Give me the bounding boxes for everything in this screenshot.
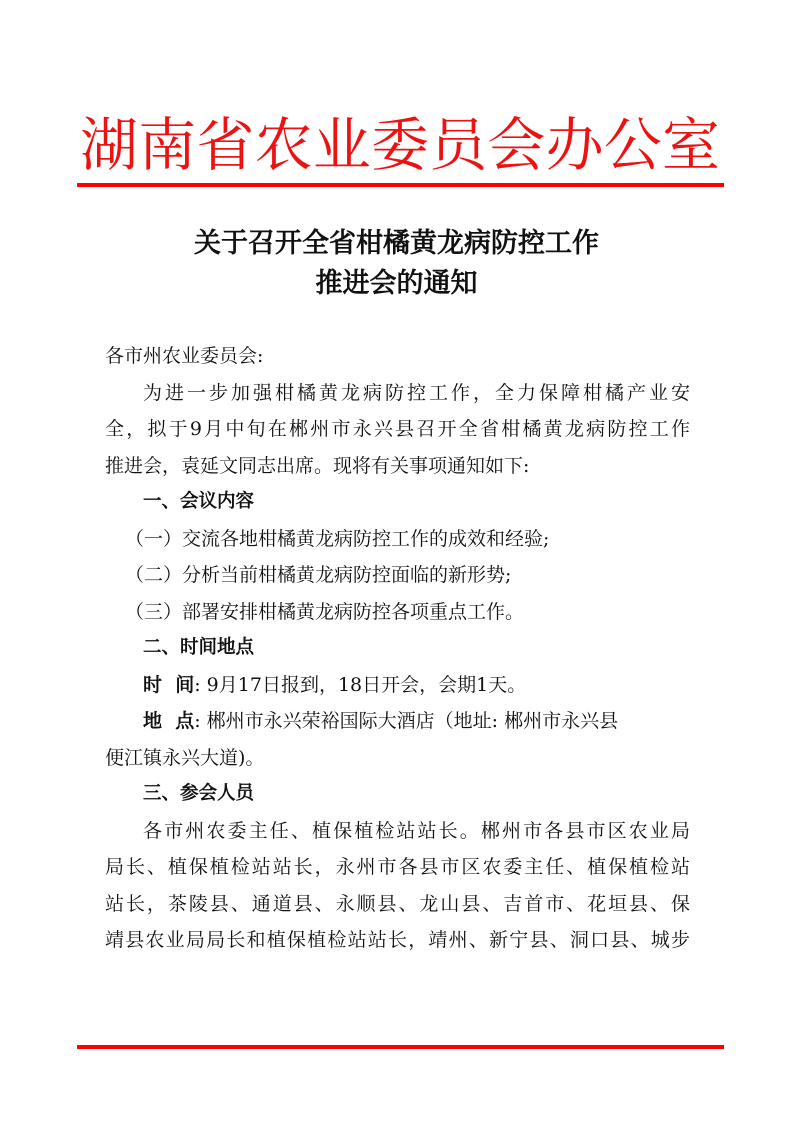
- time-label: 时 间: [143, 674, 194, 696]
- meeting-content-item-2: （二）分析当前柑橘黄龙病防控面临的新形势;: [105, 557, 690, 594]
- attendees-line-3: 站长，茶陵县、通道县、永顺县、龙山县、吉首市、花垣县、保: [105, 886, 690, 923]
- attendees-line-1: 各市州农委主任、植保植检站站长。郴州市各县市区农业局: [105, 813, 690, 850]
- place-value-continued: 便江镇永兴大道)。: [105, 740, 690, 777]
- document-title-line1: 关于召开全省柑橘黄龙病防控工作: [0, 224, 793, 264]
- footer-divider: [77, 1045, 724, 1049]
- intro-line-3: 推进会，袁延文同志出席。现将有关事项通知如下:: [105, 448, 690, 485]
- meeting-content-item-1: （一）交流各地柑橘黄龙病防控工作的成效和经验;: [105, 521, 690, 558]
- intro-line-1: 为进一步加强柑橘黄龙病防控工作，全力保障柑橘产业安: [105, 375, 690, 412]
- place-label: 地 点: [143, 710, 194, 732]
- salutation: 各市州农业委员会:: [105, 338, 690, 375]
- attendees-line-4: 靖县农业局局长和植保植检站站长，靖州、新宁县、洞口县、城步: [105, 922, 690, 959]
- document-title-line2: 推进会的通知: [0, 264, 793, 304]
- section-heading-meeting-content: 一、会议内容: [105, 484, 690, 521]
- letterhead-org-name: 湖南省农业委员会办公室: [80, 108, 720, 182]
- intro-line-2: 全，拟于9月中旬在郴州市永兴县召开全省柑橘黄龙病防控工作: [105, 411, 690, 448]
- document-body: 各市州农业委员会: 为进一步加强柑橘黄龙病防控工作，全力保障柑橘产业安 全，拟于…: [105, 338, 690, 959]
- meeting-content-item-3: （三）部署安排柑橘黄龙病防控各项重点工作。: [105, 594, 690, 631]
- place-row: 地 点: 郴州市永兴荣裕国际大酒店（地址: 郴州市永兴县: [105, 703, 690, 740]
- section-heading-time-place: 二、时间地点: [105, 630, 690, 667]
- time-value: : 9月17日报到，18日开会，会期1天。: [194, 674, 526, 696]
- place-value: : 郴州市永兴荣裕国际大酒店（地址: 郴州市永兴县: [194, 710, 618, 732]
- letterhead-divider: [77, 183, 724, 187]
- attendees-line-2: 局长、植保植检站站长，永州市各县市区农委主任、植保植检站: [105, 849, 690, 886]
- time-row: 时 间: 9月17日报到，18日开会，会期1天。: [105, 667, 690, 704]
- section-heading-attendees: 三、参会人员: [105, 776, 690, 813]
